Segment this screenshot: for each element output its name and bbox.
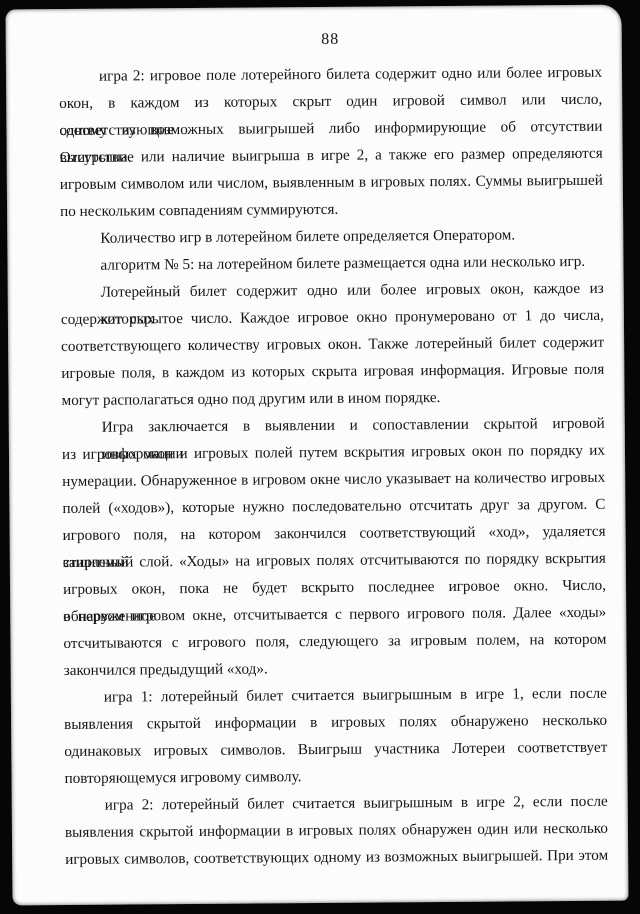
text-line: одному из возможных выигрышей либо инфор…: [59, 113, 602, 144]
text-line: отсчитываются с игрового поля, следующег…: [63, 626, 606, 657]
text-line: Игра заключается в выявлении и сопоставл…: [62, 410, 605, 441]
text-line: повторяющемуся игровому символу.: [64, 761, 607, 792]
text-line: игра 1: лотерейный билет считается выигр…: [64, 680, 607, 711]
text-line: нумерации. Обнаруженное в игровом окне ч…: [62, 464, 605, 495]
scanned-document-screenshot: { "page": { "number": "88", "colors": { …: [0, 0, 640, 914]
text-line: игрового поля, на котором закончился соо…: [63, 518, 606, 549]
document-text: игра 2: игровое поле лотерейного билета …: [59, 59, 608, 873]
text-line: полей («ходов»), которые нужно последова…: [62, 491, 605, 522]
page-content: 88 игра 2: игровое поле лотерейного биле…: [59, 26, 609, 873]
text-line: алгоритм № 5: на лотерейном билете разме…: [60, 248, 603, 279]
text-line: игровым символом или числом, выявленным …: [60, 167, 603, 198]
text-line: Отсутствие или наличие выигрыша в игре 2…: [60, 140, 603, 171]
text-line: из игровых окон и игровых полей путем вс…: [62, 437, 605, 468]
text-line: могут располагаться одно под другим или …: [61, 383, 604, 414]
text-line: игровых окон, пока не будет вскрыто посл…: [63, 572, 606, 603]
text-line: выявления скрытой информации в игровых п…: [64, 707, 607, 738]
text-line: Лотерейный билет содержит одно или более…: [61, 275, 604, 306]
text-line: соответствующего количеству игровых окон…: [61, 329, 604, 360]
text-line: игровые поля, в каждом из которых скрыта…: [61, 356, 604, 387]
text-line: игра 2: игровое поле лотерейного билета …: [59, 59, 602, 90]
text-line: игровых символов, соответствующих одному…: [65, 842, 608, 873]
text-line: Количество игр в лотерейном билете опред…: [60, 221, 603, 252]
text-line: содержит скрытое число. Каждое игровое о…: [61, 302, 604, 333]
text-line: стираемый слой. «Ходы» на игровых полях …: [63, 545, 606, 576]
page-number: 88: [59, 26, 602, 54]
text-line: окон, в каждом из которых скрыт один игр…: [59, 86, 602, 117]
text-line: одинаковых игровых символов. Выигрыш уча…: [64, 734, 607, 765]
text-line: по нескольким совпадениям суммируются.: [60, 194, 603, 225]
text-line: в первом игровом окне, отсчитывается с п…: [63, 599, 606, 630]
text-line: игра 2: лотерейный билет считается выигр…: [65, 788, 608, 819]
text-line: закончился предыдущий «ход».: [64, 653, 607, 684]
document-page: 88 игра 2: игровое поле лотерейного биле…: [5, 5, 628, 906]
text-line: выявления скрытой информации в игровых п…: [65, 815, 608, 846]
